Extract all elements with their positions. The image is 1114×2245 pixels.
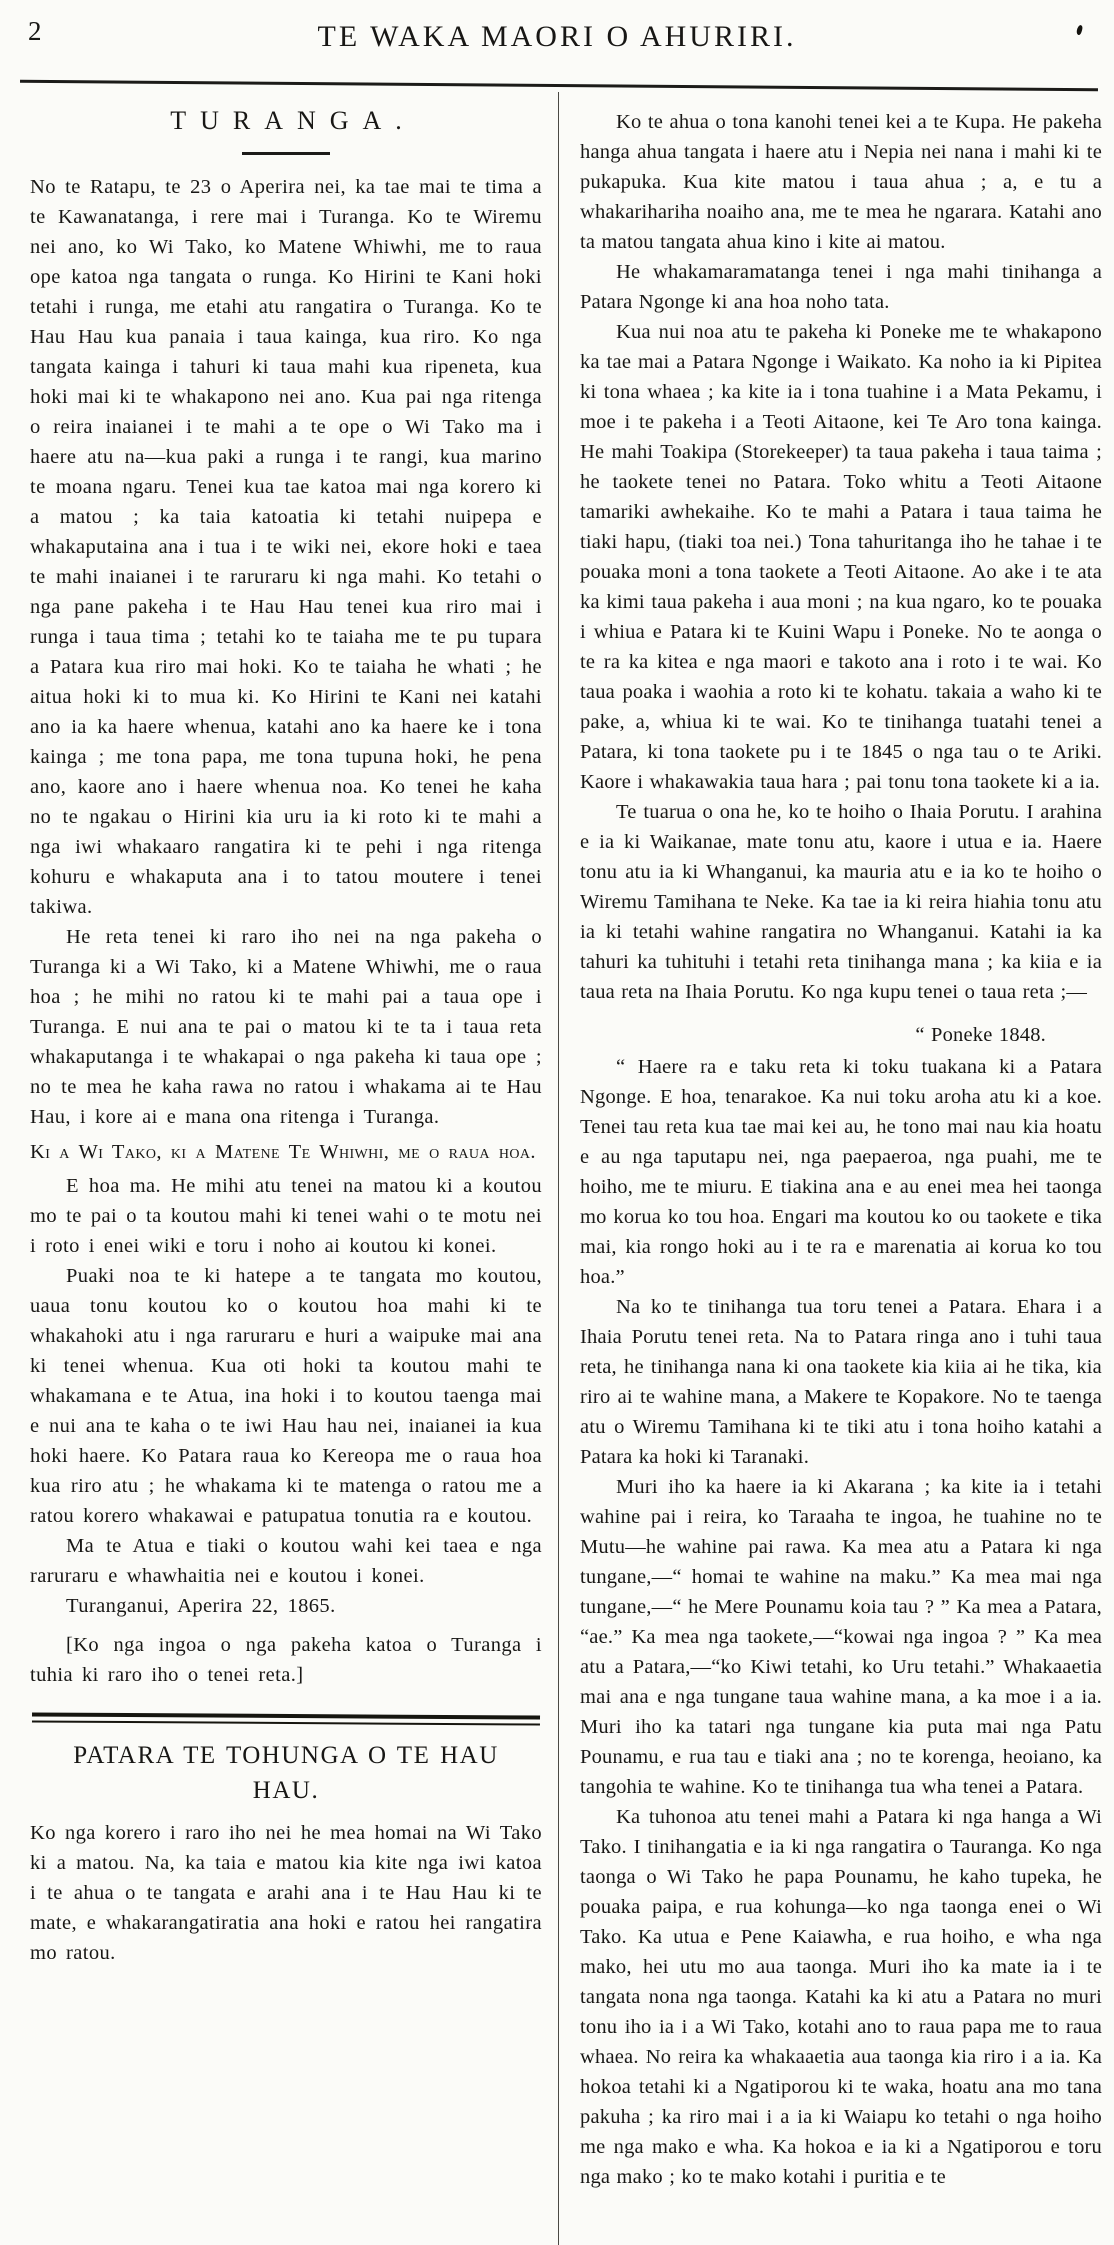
article-heading: TURANGA. xyxy=(30,103,542,139)
paragraph: E hoa ma. He mihi atu tenei na matou ki … xyxy=(30,1171,542,1261)
paragraph: Na ko te tinihanga tua toru tenei a Pata… xyxy=(580,1292,1102,1472)
paragraph: He reta tenei ki raro iho nei na nga pak… xyxy=(30,922,542,1132)
paragraph: Ma te Atua e tiaki o koutou wahi kei tae… xyxy=(30,1531,542,1591)
header-rule xyxy=(20,80,1098,91)
paragraph: “ Poneke 1848. xyxy=(580,1020,1102,1050)
section-heading: PATARA TE TOHUNGA O TE HAU HAU. xyxy=(68,1738,504,1808)
paragraph: Kua nui noa atu te pakeha ki Poneke me t… xyxy=(580,317,1102,797)
paragraph: He whakamaramatanga tenei i nga mahi tin… xyxy=(580,257,1102,317)
paragraph: Puaki noa te ki hatepe a te tangata mo k… xyxy=(30,1261,542,1531)
column-divider-rule xyxy=(558,92,559,2245)
paragraph: Ki a Wi Tako, ki a Matene Te Whiwhi, me … xyxy=(30,1137,542,1167)
newspaper-page: 2 TE WAKA MAORI O AHURIRI. TURANGA.No te… xyxy=(0,0,1114,2245)
paragraph: Ka tuhonoa atu tenei mahi a Patara ki ng… xyxy=(580,1802,1102,2192)
heading-underline-rule xyxy=(242,152,330,155)
paragraph: Te tuarua o ona he, ko te hoiho o Ihaia … xyxy=(580,797,1102,1007)
paragraph: Ko te ahua o tona kanohi tenei kei a te … xyxy=(580,107,1102,257)
paragraph: [Ko nga ingoa o nga pakeha katoa o Turan… xyxy=(30,1630,542,1690)
paragraph: Ko nga korero i raro iho nei he mea homa… xyxy=(30,1818,542,1968)
masthead-title: TE WAKA MAORI O AHURIRI. xyxy=(0,20,1114,54)
paragraph: Muri iho ka haere ia ki Akarana ; ka kit… xyxy=(580,1472,1102,1802)
paragraph: “ Haere ra e taku reta ki toku tuakana k… xyxy=(580,1052,1102,1292)
right-column: Ko te ahua o tona kanohi tenei kei a te … xyxy=(580,95,1102,2192)
paragraph: No te Ratapu, te 23 o Aperira nei, ka ta… xyxy=(30,172,542,922)
section-divider-rule xyxy=(32,1712,540,1725)
left-column: TURANGA.No te Ratapu, te 23 o Aperira ne… xyxy=(30,95,542,1968)
paragraph: Turanganui, Aperira 22, 1865. xyxy=(30,1591,542,1621)
